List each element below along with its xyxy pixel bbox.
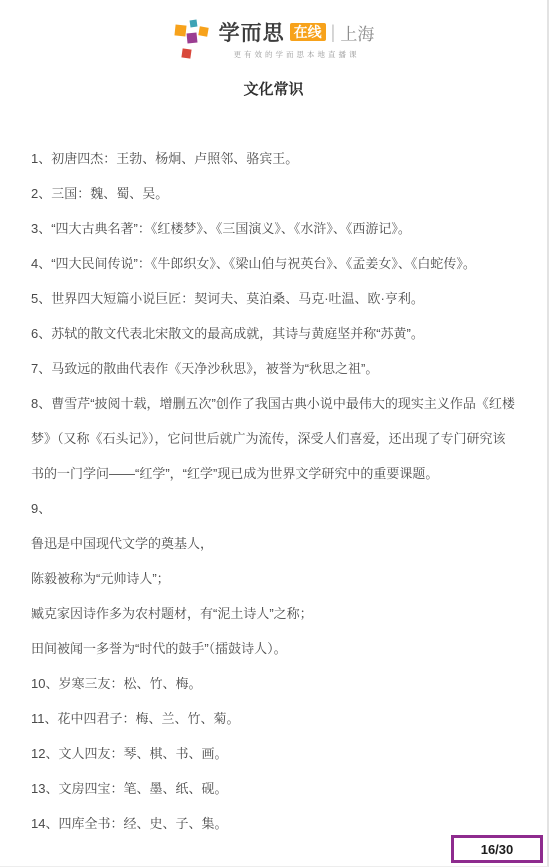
logo-square-teal-icon bbox=[189, 20, 197, 28]
content-line: 10、岁寒三友：松、竹、梅。 bbox=[31, 666, 516, 701]
content-line: 1、初唐四杰：王勃、杨炯、卢照邻、骆宾王。 bbox=[31, 141, 516, 176]
content-line: 臧克家因诗作多为农村题材，有“泥土诗人”之称； bbox=[31, 596, 516, 631]
content-line: 7、马致远的散曲代表作《天净沙秋思》，被誉为“秋思之祖”。 bbox=[31, 351, 516, 386]
logo-square-red-icon bbox=[181, 48, 191, 58]
logo-text-block: 学而思 在线 | 上海 更有效的学而思本地直播课 bbox=[219, 19, 375, 60]
page-header: 学而思 在线 | 上海 更有效的学而思本地直播课 文化常识 bbox=[0, 0, 547, 99]
content-line: 鲁迅是中国现代文学的奠基人， bbox=[31, 526, 516, 561]
content-line: 8、曹雪芹“披阅十载，增删五次”创作了我国古典小说中最伟大的现实主义作品《红楼梦… bbox=[31, 386, 516, 491]
xueersi-logo-icon bbox=[173, 19, 211, 61]
content-line: 12、文人四友：琴、棋、书、画。 bbox=[31, 736, 516, 771]
content-line: 2、三国：魏、蜀、吴。 bbox=[31, 176, 516, 211]
content-line: 14、四库全书：经、史、子、集。 bbox=[31, 806, 516, 841]
page-number-badge: 16/30 bbox=[451, 835, 543, 863]
logo-square-orange2-icon bbox=[198, 26, 208, 36]
content-line: 13、文房四宝：笔、墨、纸、砚。 bbox=[31, 771, 516, 806]
logo-text-line: 学而思 在线 | 上海 bbox=[219, 19, 375, 45]
document-page: 学而思 在线 | 上海 更有效的学而思本地直播课 文化常识 1、初唐四杰：王勃、… bbox=[0, 0, 549, 867]
content-line: 11、花中四君子：梅、兰、竹、菊。 bbox=[31, 701, 516, 736]
content-line: 田间被闻一多誉为“时代的鼓手”（擂鼓诗人）。 bbox=[31, 631, 516, 666]
region-label: 上海 bbox=[340, 20, 374, 45]
content-line: 9、 bbox=[31, 491, 516, 526]
online-badge: 在线 bbox=[290, 23, 326, 41]
logo-square-orange-icon bbox=[174, 24, 186, 36]
logo-divider: | bbox=[331, 22, 336, 43]
content-line: 3、“四大古典名著”：《红楼梦》、《三国演义》、《水浒》、《西游记》。 bbox=[31, 211, 516, 246]
content-line: 5、世界四大短篇小说巨匠：契诃夫、莫泊桑、马克·吐温、欧·亨利。 bbox=[31, 281, 516, 316]
logo-square-purple-icon bbox=[186, 33, 197, 44]
content-line: 陈毅被称为“元帅诗人”； bbox=[31, 561, 516, 596]
content-line: 4、“四大民间传说”：《牛郎织女》、《梁山伯与祝英台》、《孟姜女》、《白蛇传》。 bbox=[31, 246, 516, 281]
page-title: 文化常识 bbox=[0, 78, 547, 99]
xueersi-logo: 学而思 在线 | 上海 更有效的学而思本地直播课 bbox=[173, 19, 375, 61]
logo-tagline: 更有效的学而思本地直播课 bbox=[234, 49, 360, 60]
document-content: 1、初唐四杰：王勃、杨炯、卢照邻、骆宾王。 2、三国：魏、蜀、吴。 3、“四大古… bbox=[31, 141, 516, 841]
brand-name: 学而思 bbox=[219, 17, 285, 47]
content-line: 6、苏轼的散文代表北宋散文的最高成就，其诗与黄庭坚并称“苏黄”。 bbox=[31, 316, 516, 351]
